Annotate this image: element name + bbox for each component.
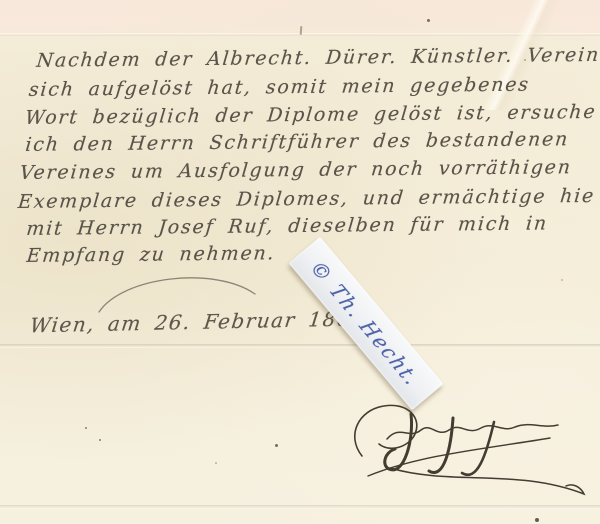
foxing-speck bbox=[427, 19, 430, 22]
letter-line: Vereines um Ausfolgung der noch vorräthi… bbox=[19, 156, 573, 184]
dateline: Wien, am 26. Februar 186 bbox=[29, 307, 353, 338]
foxing-speck bbox=[99, 439, 101, 441]
letter-line: Empfang zu nehmen. bbox=[26, 242, 277, 267]
letter-line: ich den Herrn Schriftführer des bestande… bbox=[24, 128, 570, 156]
letter-body: Nachdem der Albrecht. Dürer. Künstler. V… bbox=[0, 0, 600, 3]
foxing-speck bbox=[215, 462, 217, 464]
letter-line: Wort bezüglich der Diplome gelöst ist, e… bbox=[24, 101, 597, 129]
fold-crease-middle bbox=[0, 344, 600, 348]
letter-line: sich aufgelöst hat, somit mein gegebenes bbox=[28, 74, 531, 101]
foxing-speck bbox=[561, 279, 563, 281]
foxing-speck bbox=[85, 427, 87, 429]
foxing-speck bbox=[535, 518, 539, 522]
letter-line: mit Herrn Josef Ruf, dieselben für mich … bbox=[25, 212, 549, 239]
letter-line: Nachdem der Albrecht. Dürer. Künstler. V… bbox=[36, 44, 600, 72]
foxing-speck bbox=[275, 444, 278, 447]
stray-ink-mark bbox=[300, 26, 303, 35]
paper-edge-bottom bbox=[0, 505, 600, 509]
foxing-speck bbox=[524, 59, 526, 61]
scanned-letter: Nachdem der Albrecht. Dürer. Künstler. V… bbox=[0, 0, 600, 524]
letter-line: Exemplare dieses Diplomes, und ermächtig… bbox=[17, 185, 596, 213]
signature-flourish bbox=[332, 396, 594, 504]
